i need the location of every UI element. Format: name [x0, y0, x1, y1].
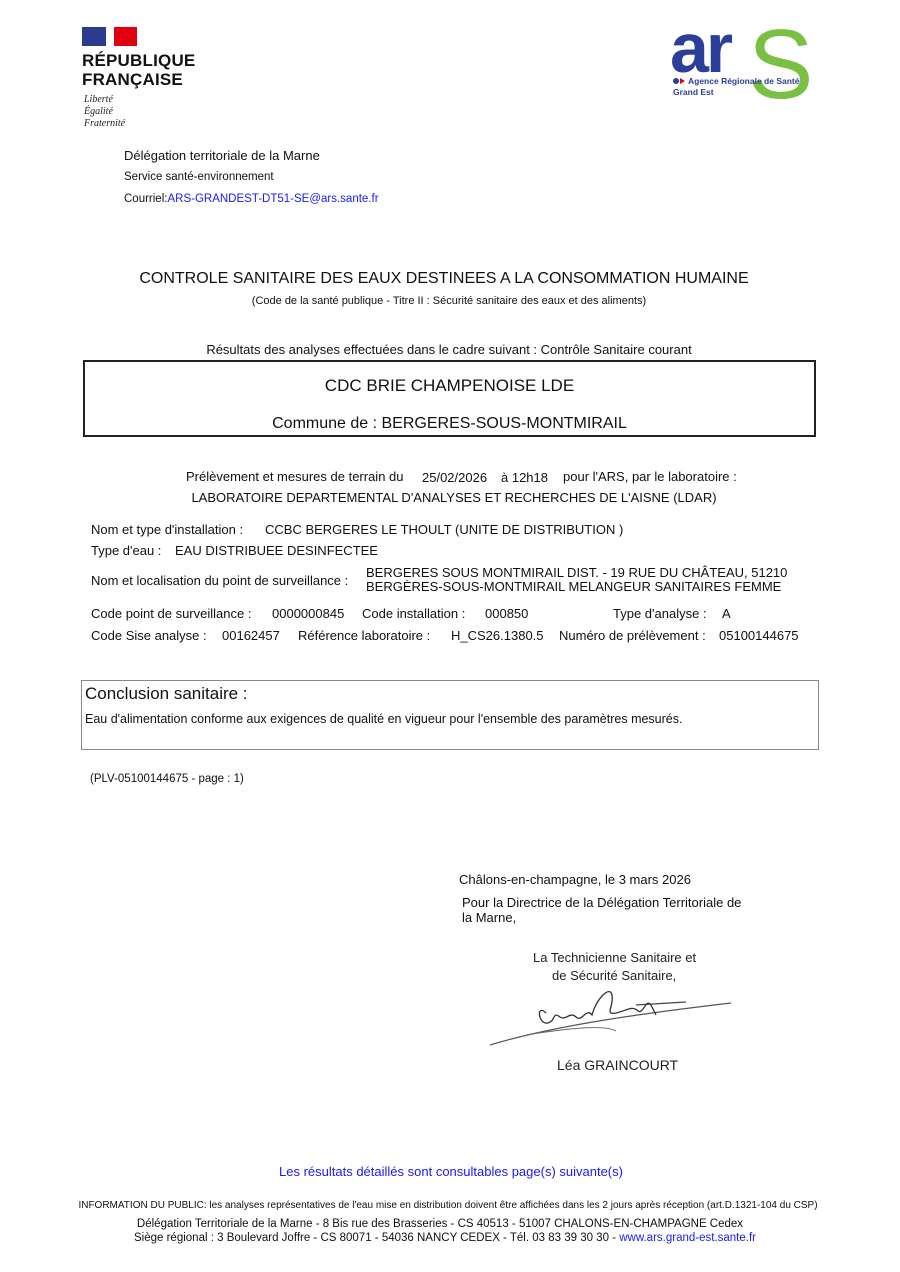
sample-number-label: Numéro de prélèvement :: [559, 628, 706, 643]
footer-siege-text: Siège régional : 3 Boulevard Joffre - CS…: [134, 1232, 619, 1244]
code-point-value: 0000000845: [272, 606, 344, 621]
republique-francaise-name: RÉPUBLIQUE FRANÇAISE: [82, 51, 195, 89]
ars-dot-icon: [673, 78, 679, 84]
sise-value: 00162457: [222, 628, 280, 643]
email-link[interactable]: ARS-GRANDEST-DT51-SE@ars.sante.fr: [167, 193, 378, 205]
installation-value: CCBC BERGERES LE THOULT (UNITE DE DISTRI…: [265, 522, 623, 537]
ars-arrow-icon: [680, 78, 685, 84]
marianne-flag-icon: [82, 27, 137, 46]
email-line: Courriel:ARS-GRANDEST-DT51-SE@ars.sante.…: [124, 193, 379, 205]
sampling-prefix: Prélèvement et mesures de terrain du: [186, 469, 404, 484]
website-link[interactable]: www.ars.grand-est.sante.fr: [619, 1232, 756, 1244]
detailed-results-link[interactable]: Les résultats détaillés sont consultable…: [0, 1164, 900, 1179]
sampling-time: à 12h18: [501, 470, 548, 485]
surveillance-point-value: BERGERES SOUS MONTMIRAIL DIST. - 19 RUE …: [366, 566, 787, 594]
analysis-type-label: Type d'analyse :: [613, 606, 707, 621]
ars-logo: ar S Agence Régionale de Santé Grand Est: [670, 30, 815, 112]
sampling-suffix: pour l'ARS, par le laboratoire :: [563, 469, 737, 484]
conclusion-title: Conclusion sanitaire :: [85, 684, 248, 704]
entity-name: CDC BRIE CHAMPENOISE LDE: [83, 376, 816, 396]
analysis-context: Résultats des analyses effectuées dans l…: [0, 342, 898, 357]
signer-name: Léa GRAINCOURT: [557, 1057, 678, 1073]
public-information-notice: INFORMATION DU PUBLIC: les analyses repr…: [0, 1200, 896, 1211]
commune-name: Commune de : BERGERES-SOUS-MONTMIRAIL: [83, 415, 816, 433]
page-reference: (PLV-05100144675 - page : 1): [90, 773, 244, 785]
ars-logo-s: S: [748, 8, 813, 121]
lab-ref-value: H_CS26.1380.5: [451, 628, 544, 643]
code-point-label: Code point de surveillance :: [91, 606, 251, 621]
sample-number-value: 05100144675: [719, 628, 799, 643]
lab-ref-label: Référence laboratoire :: [298, 628, 430, 643]
ars-logo-subtitle: Agence Régionale de Santé Grand Est: [673, 76, 799, 98]
surveillance-point-label: Nom et localisation du point de surveill…: [91, 573, 348, 588]
signer-role-line2: de Sécurité Sanitaire,: [552, 968, 676, 983]
republique-motto: Liberté Égalité Fraternité: [84, 94, 125, 130]
document-title: CONTROLE SANITAIRE DES EAUX DESTINEES A …: [0, 270, 888, 288]
signer-role-line1: La Technicienne Sanitaire et: [533, 950, 696, 965]
document-subtitle: (Code de la santé publique - Titre II : …: [0, 295, 898, 307]
place-date: Châlons-en-champagne, le 3 mars 2026: [459, 872, 691, 887]
installation-label: Nom et type d'installation :: [91, 522, 243, 537]
email-label: Courriel:: [124, 193, 167, 205]
republique-francaise-logo: RÉPUBLIQUE FRANÇAISE Liberté Égalité Fra…: [82, 27, 222, 132]
footer-address-line2: Siège régional : 3 Boulevard Joffre - CS…: [0, 1232, 890, 1244]
sampling-date: 25/02/2026: [422, 470, 487, 485]
water-type-label: Type d'eau :: [91, 543, 161, 558]
code-installation-value: 000850: [485, 606, 528, 621]
code-installation-label: Code installation :: [362, 606, 465, 621]
delegation-name: Délégation territoriale de la Marne: [124, 148, 320, 163]
water-type-value: EAU DISTRIBUEE DESINFECTEE: [175, 543, 378, 558]
service-name: Service santé-environnement: [124, 171, 274, 183]
handwritten-signature-icon: [486, 985, 736, 1050]
signature-for: Pour la Directrice de la Délégation Terr…: [462, 895, 750, 925]
conclusion-text: Eau d'alimentation conforme aux exigence…: [85, 712, 682, 726]
laboratory-name: LABORATOIRE DEPARTEMENTAL D'ANALYSES ET …: [0, 490, 900, 505]
footer-address-line1: Délégation Territoriale de la Marne - 8 …: [0, 1218, 880, 1230]
sise-label: Code Sise analyse :: [91, 628, 207, 643]
analysis-type-value: A: [722, 606, 731, 621]
